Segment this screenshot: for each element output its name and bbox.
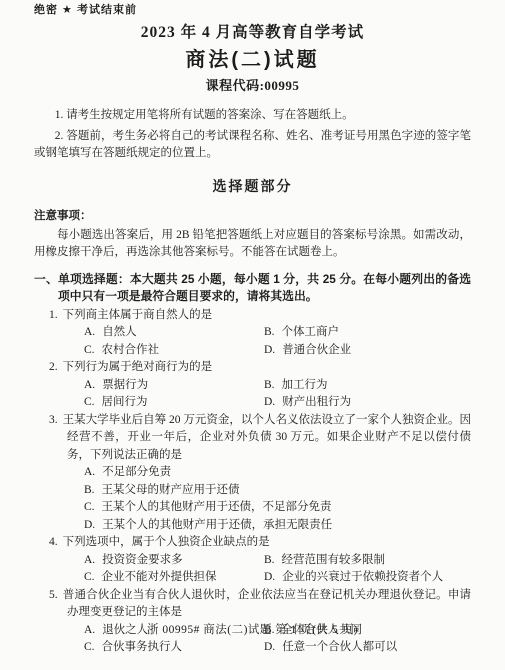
exam-subject-title: 商法(二)试题 [34, 48, 471, 73]
option-label: C. [84, 396, 102, 408]
option-label: B. [264, 326, 282, 338]
option-text: 投资资金要求多 [102, 554, 183, 566]
exam-session-title: 2023 年 4 月高等教育自学考试 [34, 22, 471, 43]
option-a: A.票据行为 [84, 377, 264, 395]
question-stem: 4.下列选项中，属于个人独资企业缺点的是 [34, 534, 471, 552]
question-stem: 5.普通合伙企业当有合伙人退伙时，企业依法应当在登记机关办理退伙登记。申请办理变… [34, 587, 471, 622]
option-a: A.投资资金要求多 [84, 552, 264, 570]
option-text: 企业的兴衰过于依赖投资者个人 [282, 571, 443, 583]
option-b: B.加工行为 [264, 377, 471, 395]
question-stem-text: 下列选项中，属于个人独资企业缺点的是 [63, 536, 270, 548]
question-1: 1.下列商主体属于商自然人的是A.自然人B.个体工商户C.农村合作社D.普通合伙… [34, 307, 471, 360]
option-text: 王某个人的其他财产用于还债，承担无限责任 [102, 519, 332, 531]
option-d: D.任意一个合伙人都可以 [264, 639, 471, 657]
question-stem-text: 王某大学毕业后自筹 20 万元资金，以个人名义依法设立了一家个人独资企业。因经营… [63, 414, 471, 461]
option-text: 企业不能对外提供担保 [102, 571, 217, 583]
options-group: A.票据行为B.加工行为C.居间行为D.财产出租行为 [34, 377, 471, 412]
question-stem-text: 下列商主体属于商自然人的是 [63, 309, 213, 321]
option-text: 合伙事务执行人 [102, 641, 183, 653]
options-group: A.自然人B.个体工商户C.农村合作社D.普通合伙企业 [34, 324, 471, 359]
option-label: C. [84, 571, 102, 583]
option-text: 经营范围有较多限制 [282, 554, 386, 566]
option-text: 任意一个合伙人都可以 [282, 641, 397, 653]
option-label: D. [264, 641, 282, 653]
option-c: C.农村合作社 [84, 342, 264, 360]
option-c: C.居间行为 [84, 394, 264, 412]
option-label: D. [264, 396, 282, 408]
security-classification-label: 绝密 ★ 考试结束前 [34, 3, 471, 17]
option-text: 票据行为 [102, 379, 148, 391]
section-header-multiple-choice: 选择题部分 [34, 177, 471, 195]
option-text: 自然人 [102, 326, 137, 338]
option-b: B.经营范围有较多限制 [264, 552, 471, 570]
notice-body: 每小题选出答案后，用 2B 铅笔把答题纸上对应题目的答案标号涂黑。如需改动，用橡… [34, 227, 471, 262]
option-d: D.王某个人的其他财产用于还债，承担无限责任 [84, 517, 471, 535]
instruction-item-1: 1. 请考生按规定用笔将所有试题的答案涂、写在答题纸上。 [34, 107, 471, 125]
option-label: A. [84, 554, 102, 566]
page-footer: 浙 00995# 商法(二)试题 第 1 页(共 5 页) [0, 622, 505, 640]
options-group: A.投资资金要求多B.经营范围有较多限制C.企业不能对外提供担保D.企业的兴衰过… [34, 552, 471, 587]
option-c: C.王某个人的其他财产用于还债，不足部分免责 [84, 499, 471, 517]
option-d: D.企业的兴衰过于依赖投资者个人 [264, 569, 471, 587]
notice-title: 注意事项： [34, 208, 471, 224]
option-b: B.个体工商户 [264, 324, 471, 342]
option-label: A. [84, 466, 102, 478]
course-code: 课程代码:00995 [34, 77, 471, 94]
options-group: A.不足部分免责B.王某父母的财产应用于还债C.王某个人的其他财产用于还债，不足… [34, 464, 471, 534]
question-number: 3. [49, 414, 63, 426]
question-number: 4. [49, 536, 63, 548]
question-list: 1.下列商主体属于商自然人的是A.自然人B.个体工商户C.农村合作社D.普通合伙… [34, 307, 471, 657]
option-d: D.财产出租行为 [264, 394, 471, 412]
option-label: A. [84, 379, 102, 391]
part-one-heading: 一、单项选择题：本大题共 25 小题，每小题 1 分，共 25 分。在每小题列出… [34, 271, 471, 306]
question-stem: 2.下列行为属于绝对商行为的是 [34, 359, 471, 377]
option-c: C.企业不能对外提供担保 [84, 569, 264, 587]
option-label: D. [264, 571, 282, 583]
option-a: A.自然人 [84, 324, 264, 342]
option-text: 个体工商户 [282, 326, 340, 338]
option-text: 王某父母的财产应用于还债 [102, 484, 240, 496]
option-b: B.王某父母的财产应用于还债 [84, 482, 471, 500]
question-3: 3.王某大学毕业后自筹 20 万元资金，以个人名义依法设立了一家个人独资企业。因… [34, 412, 471, 535]
question-4: 4.下列选项中，属于个人独资企业缺点的是A.投资资金要求多B.经营范围有较多限制… [34, 534, 471, 587]
option-text: 不足部分免责 [102, 466, 171, 478]
question-stem-text: 普通合伙企业当有合伙人退伙时，企业依法应当在登记机关办理退伙登记。申请办理变更登… [63, 589, 471, 619]
question-stem: 3.王某大学毕业后自筹 20 万元资金，以个人名义依法设立了一家个人独资企业。因… [34, 412, 471, 465]
exam-paper-page: 绝密 ★ 考试结束前 2023 年 4 月高等教育自学考试 商法(二)试题 课程… [0, 0, 505, 670]
option-text: 王某个人的其他财产用于还债，不足部分免责 [102, 501, 332, 513]
option-label: D. [264, 344, 282, 356]
option-label: B. [264, 379, 282, 391]
option-text: 居间行为 [102, 396, 148, 408]
general-instructions: 1. 请考生按规定用笔将所有试题的答案涂、写在答题纸上。 2. 答题前，考生务必… [34, 107, 471, 163]
option-text: 普通合伙企业 [282, 344, 351, 356]
option-label: B. [264, 554, 282, 566]
question-stem-text: 下列行为属于绝对商行为的是 [63, 361, 213, 373]
question-number: 2. [49, 361, 63, 373]
option-label: A. [84, 326, 102, 338]
instruction-item-2: 2. 答题前，考生务必将自己的考试课程名称、姓名、准考证号用黑色字迹的签字笔或钢… [34, 128, 471, 163]
option-label: C. [84, 641, 102, 653]
question-2: 2.下列行为属于绝对商行为的是A.票据行为B.加工行为C.居间行为D.财产出租行… [34, 359, 471, 412]
option-label: D. [84, 519, 102, 531]
question-stem: 1.下列商主体属于商自然人的是 [34, 307, 471, 325]
option-label: B. [84, 484, 102, 496]
option-a: A.不足部分免责 [84, 464, 471, 482]
option-d: D.普通合伙企业 [264, 342, 471, 360]
question-number: 5. [49, 589, 63, 601]
option-label: C. [84, 501, 102, 513]
option-text: 农村合作社 [102, 344, 160, 356]
option-label: C. [84, 344, 102, 356]
option-text: 加工行为 [282, 379, 328, 391]
option-c: C.合伙事务执行人 [84, 639, 264, 657]
question-number: 1. [49, 309, 63, 321]
option-text: 财产出租行为 [282, 396, 351, 408]
